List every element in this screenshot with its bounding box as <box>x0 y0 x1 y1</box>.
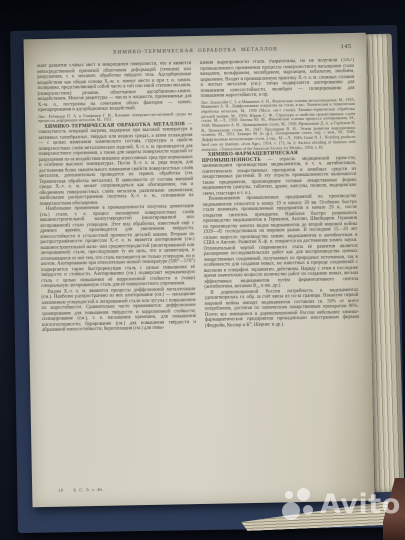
article-text: — совокупность операций нагрева, выдержк… <box>38 122 193 207</box>
avito-watermark: Avito <box>282 488 401 522</box>
article-paragraph: Наибольшее применение в промышленности п… <box>40 204 196 289</box>
footer-signature: 10Б. С. Э. т. 46. <box>58 487 104 493</box>
bibliography: Лит.: Бокштейн С. З. и Минкевич А. Н., Ф… <box>201 97 356 152</box>
book-page: ХИМИКО-ТЕРМИЧЕСКАЯ ОБРАБОТКА МЕТАЛЛОВ 14… <box>24 33 375 507</box>
running-head-title: ХИМИКО-ТЕРМИЧЕСКАЯ ОБРАБОТКА МЕТАЛЛОВ <box>37 43 354 57</box>
right-column: шения жаропрочности стали. Разработаны, … <box>200 58 362 491</box>
page-content: ХИМИКО-ТЕРМИЧЕСКАЯ ОБРАБОТКА МЕТАЛЛОВ 14… <box>37 43 363 499</box>
article-start: ХИМИКО-ФАРМАЦЕВТИЧЕСКАЯ ПРОМЫШЛЕННОСТЬ —… <box>202 150 357 197</box>
signature-number: 10 <box>58 488 63 493</box>
article-paragraph: Возникновение промышленных предприятий п… <box>203 194 359 290</box>
avito-wordmark: Avito <box>320 488 401 522</box>
avito-logo-icon <box>282 488 315 522</box>
avito-logo-circle-tiny <box>303 505 313 515</box>
avito-logo-circle-medium <box>297 488 310 501</box>
left-column: жает развитие слабых мест и микрощелей п… <box>37 61 199 494</box>
text-columns: жает развитие слабых мест и микрощелей п… <box>37 58 362 494</box>
article-paragraph: В дореволюционной России потребность в м… <box>204 288 359 329</box>
article-paragraph: шения жаропрочности стали. Разработаны, … <box>200 58 355 99</box>
page-number: 145 <box>341 43 352 50</box>
avito-logo-circle-big <box>282 502 300 520</box>
article-paragraph: жает развитие слабых мест и микрощелей п… <box>37 61 192 113</box>
signature-text: Б. С. Э. т. 46. <box>73 487 103 493</box>
article-start: ХИМИКО-ТЕРМИЧЕСКАЯ ОБРАБОТКА МЕТАЛЛОВ — … <box>38 122 194 207</box>
article-paragraph: Видом Х.-т. о. м. являются процессы дифф… <box>41 287 196 334</box>
book-photo: ХИМИКО-ТЕРМИЧЕСКАЯ ОБРАБОТКА МЕТАЛЛОВ 14… <box>0 0 405 540</box>
avito-logo-circle-small <box>285 491 293 499</box>
running-head: ХИМИКО-ТЕРМИЧЕСКАЯ ОБРАБОТКА МЕТАЛЛОВ 14… <box>37 43 354 59</box>
